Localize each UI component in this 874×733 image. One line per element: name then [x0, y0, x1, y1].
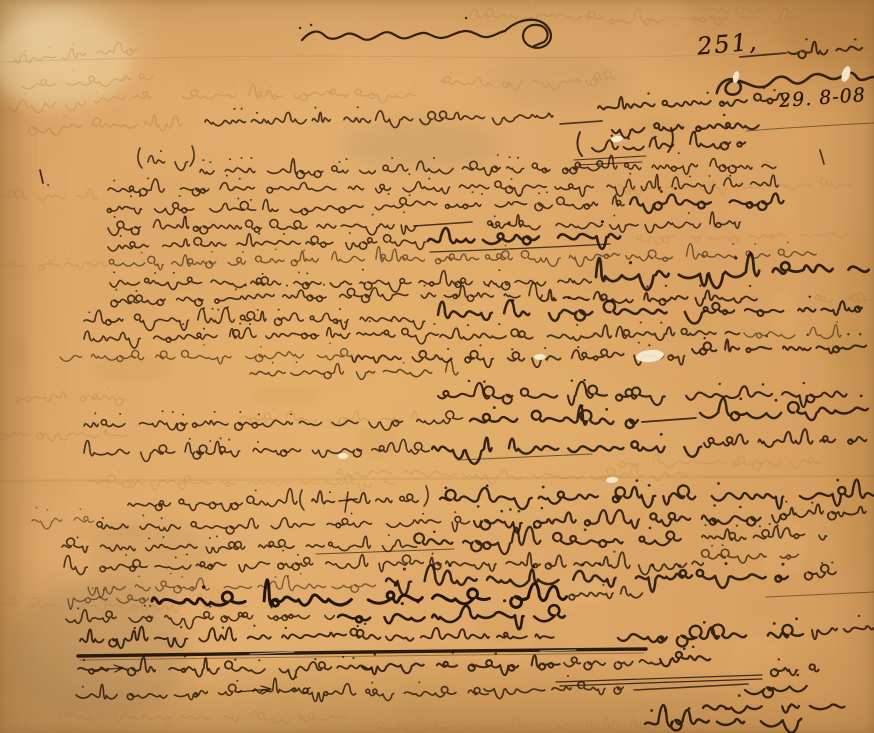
margin-mark-right: [820, 150, 824, 164]
heading-tail-dash: [560, 121, 602, 124]
handwriting-layer: [0, 0, 874, 733]
mid-dash-a4: [414, 222, 472, 226]
top-flourish: [302, 20, 551, 48]
paren-small-left: [138, 148, 142, 168]
manuscript-page: 251, 29. 8-08: [0, 0, 874, 733]
paren-big-left: [577, 132, 582, 156]
manuscript-scan-canvas: [0, 0, 874, 733]
crossout-c1: [339, 492, 357, 512]
top-flourish-dots: [300, 18, 466, 28]
date-underline: [746, 123, 874, 131]
paren-small-right: [190, 146, 194, 166]
